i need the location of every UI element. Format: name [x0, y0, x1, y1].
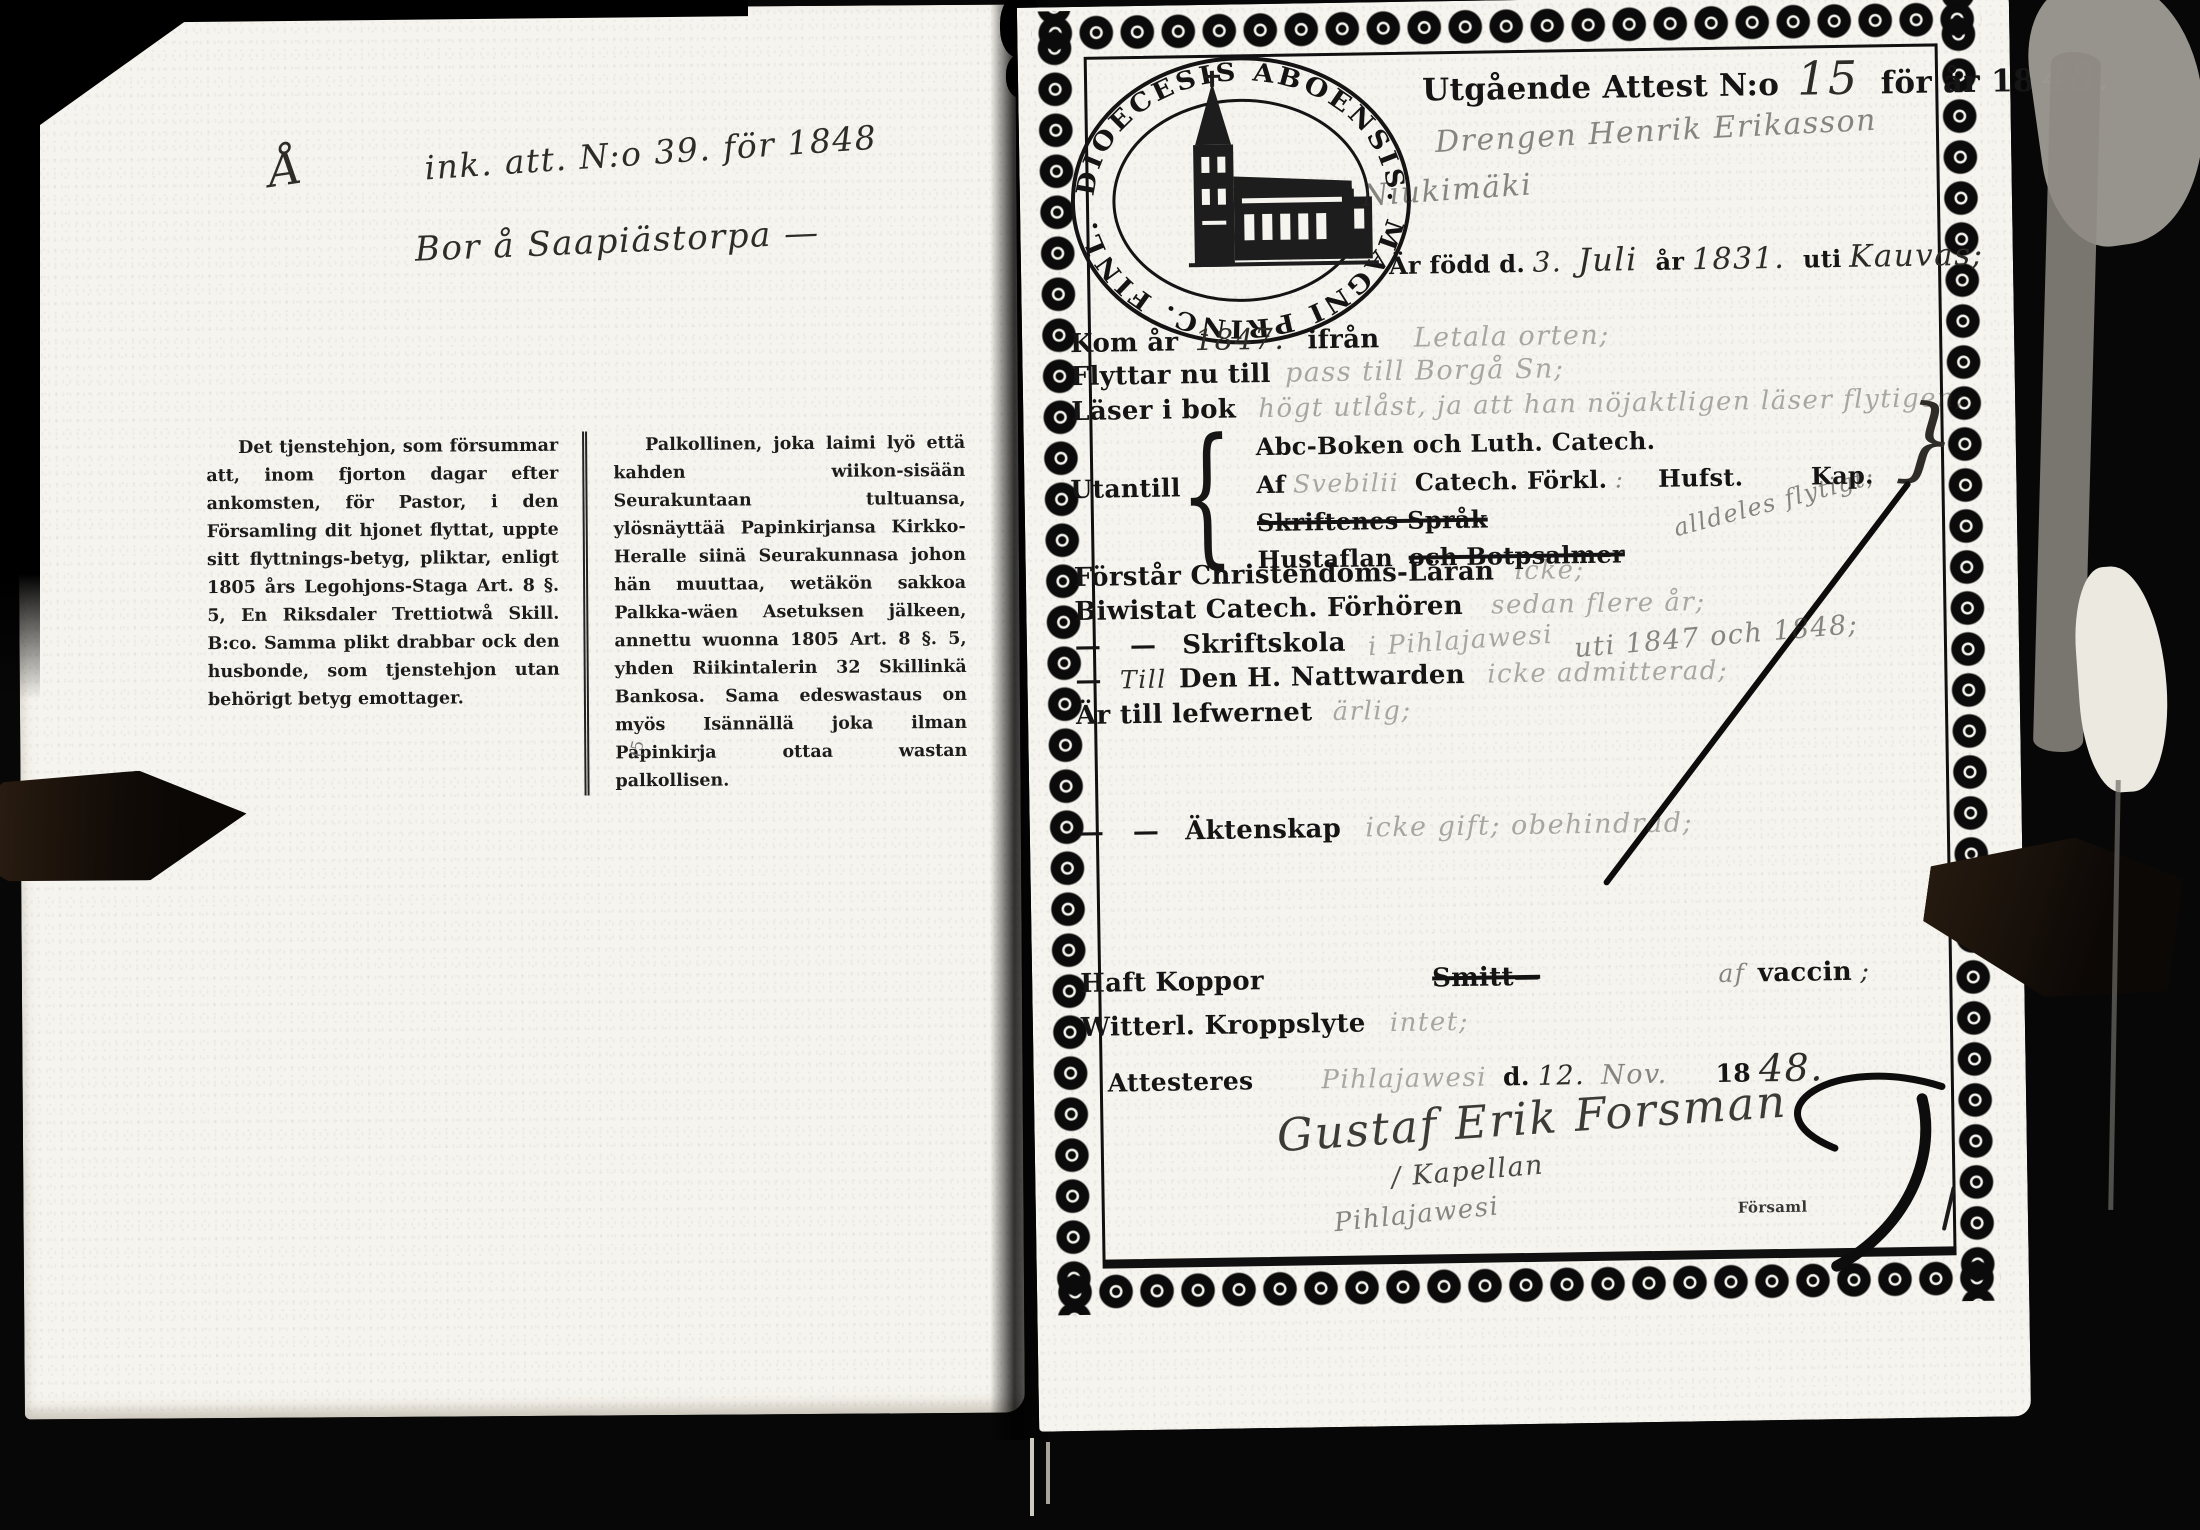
catech-hufst-label: Hufst. [1658, 463, 1744, 493]
born-month: Juli [1578, 240, 1638, 279]
byheart-right-brace-handwritten: } [1894, 391, 1962, 488]
moving-destination: pass till Borgå Sn; [1285, 353, 1565, 388]
left-note-line2: Bor å Saapiästorpa — [414, 213, 820, 270]
left-note-line1: ink. att. N:o 39. för 1848 [423, 118, 878, 188]
signature-flourish [1684, 1068, 1967, 1282]
attested-place: Pihlajawesi [1321, 1063, 1487, 1096]
bodily-defect-value: intet; [1390, 1007, 1470, 1038]
bodily-defect-line: Witterl. Kroppslyte intet; [1081, 1007, 1470, 1043]
born-label: Är född d. [1389, 249, 1525, 280]
attested-day: 12. [1538, 1060, 1586, 1092]
attended-exams-label: Biwistat Catech. Förhören [1074, 591, 1463, 627]
understands-value: icke; [1514, 555, 1585, 586]
born-year-label: år [1655, 246, 1684, 275]
attest-number-handwritten: 15 [1797, 51, 1859, 106]
born-place: Kauvas; [1849, 237, 1984, 275]
scan-shadow-left-edge [0, 0, 40, 700]
printed-regulation-columns: Det tjenstehjon, som försummar att, inom… [206, 429, 969, 798]
byheart-brace: { [1179, 419, 1235, 572]
communion-value: icke admitterad; [1487, 656, 1728, 690]
smallpox-label: Haft Koppor [1080, 966, 1264, 999]
attested-day-label: d. [1503, 1062, 1530, 1091]
arrived-year: 1847. [1194, 322, 1285, 357]
catech-af-label: Af [1256, 470, 1286, 499]
byheart-label: Utantill [1070, 473, 1181, 504]
born-year: 1831. [1692, 241, 1786, 277]
arrived-label: Kom år [1070, 327, 1179, 359]
marriage-ditto-dashes: — — [1078, 817, 1170, 848]
marriage-value: icke gift; obehindrad; [1365, 807, 1693, 843]
attest-header: Utgående Attest N:o 15 för år 18 48. [1422, 47, 2112, 112]
communion-till-handwritten: Till [1120, 665, 1167, 695]
left-page: Å ink. att. N:o 39. för 1848 Bor å Saapi… [15, 5, 1025, 1420]
smallpox-af-handwritten: af [1718, 959, 1746, 988]
smallpox-mark: ; [1860, 957, 1871, 987]
conduct-line: Är till lefwernet ärlig; [1076, 696, 1412, 731]
marriage-label: Äktenskap [1185, 814, 1341, 846]
torn-paper-piece [2070, 563, 2174, 795]
arrived-from-label: ifrån [1307, 324, 1379, 355]
attended-exams-value: sedan flere år; [1491, 587, 1706, 620]
byheart-row-skriftenes-struck: Skriftenes Språk [1257, 505, 1488, 538]
catech-forkl-label: Catech. Förkl. [1415, 465, 1608, 497]
catech-mark: : [1615, 465, 1625, 493]
bodily-defect-label: Witterl. Kroppslyte [1081, 1009, 1366, 1043]
catech-author-handwritten: Svebilii [1293, 468, 1399, 499]
born-day: 3. [1532, 245, 1562, 278]
arrived-from: Letala orten; [1413, 320, 1610, 354]
smallpox-vaccin-label: vaccin [1758, 957, 1853, 988]
confirmation-school-label: Skriftskola [1182, 628, 1346, 661]
page-edge-thin-line [2108, 780, 2121, 1210]
regulation-swedish-text: Det tjenstehjon, som försummar att, inom… [206, 432, 561, 798]
smallpox-smitt-struck: Smitt— [1432, 962, 1540, 994]
binding-thread-2 [1046, 1442, 1050, 1504]
ditto-dashes: — — [1075, 631, 1167, 662]
book-scan: Å ink. att. N:o 39. för 1848 Bor å Saapi… [0, 0, 2200, 1530]
conduct-label: Är till lefwernet [1076, 697, 1313, 731]
attest-year-label: för år 18 [1880, 63, 2035, 101]
conduct-value: ärlig; [1332, 696, 1411, 727]
moving-label: Flyttar nu till [1070, 359, 1271, 392]
attest-title: Utgående Attest N:o [1422, 67, 1780, 109]
ditto-dash: — [1075, 666, 1102, 696]
left-corner-letter: Å [264, 139, 306, 197]
attested-label: Attesteres [1108, 1066, 1254, 1097]
communion-label: Den H. Nattwarden [1179, 660, 1465, 694]
born-place-label: uti [1803, 244, 1842, 274]
page-edge-strip-top-right [2019, 0, 2200, 254]
binding-thread-1 [1030, 1438, 1034, 1516]
right-page: DIOECESIS ABOENSIS. MAGNI PRINC. FINL. [1017, 0, 2031, 1432]
